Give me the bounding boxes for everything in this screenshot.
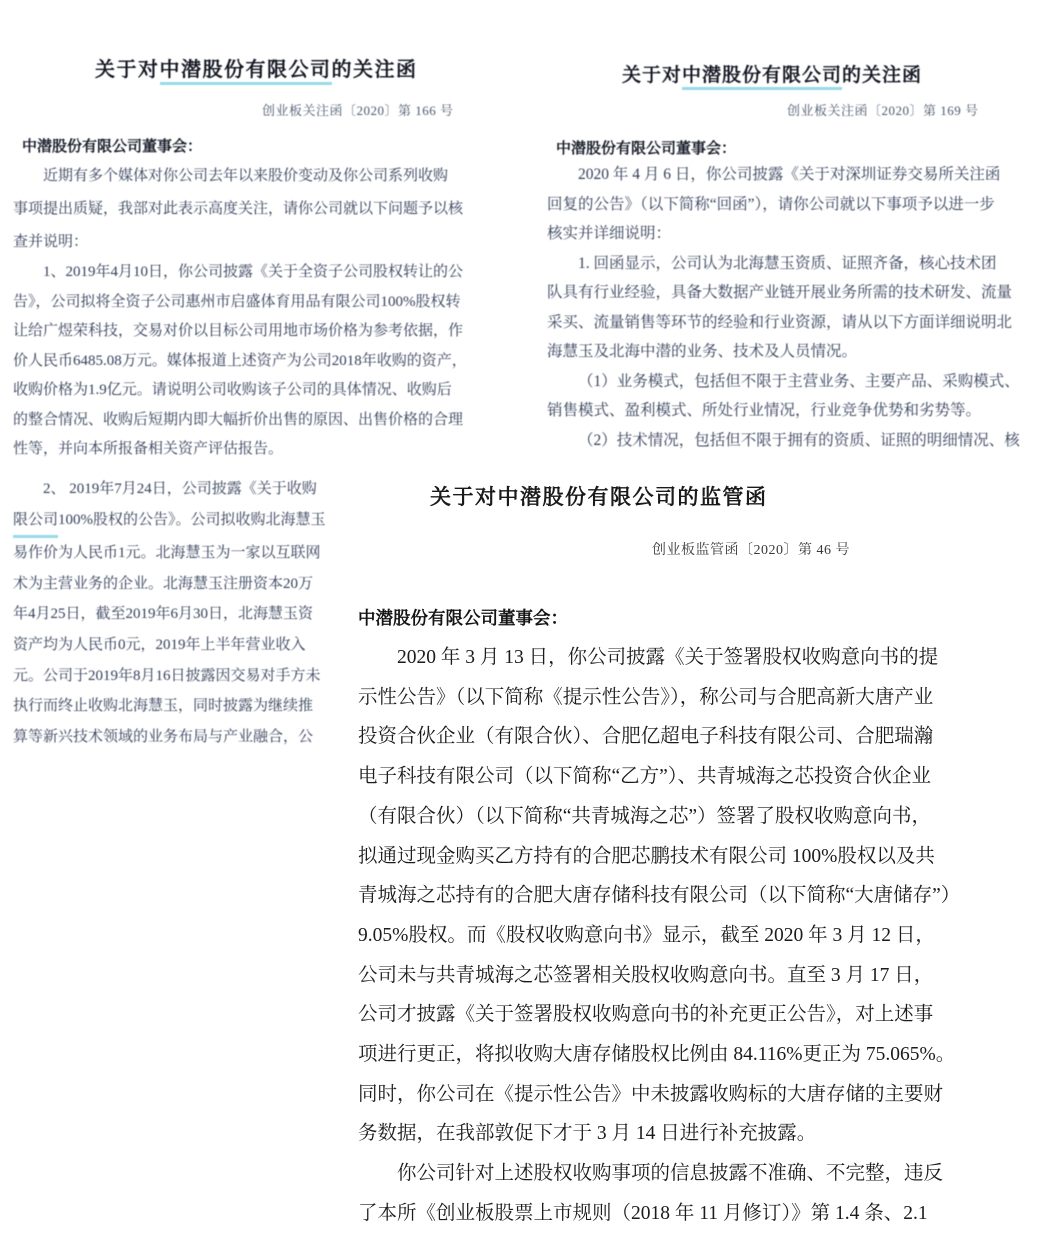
text-line: 年4月25日，截至2019年6月30日，北海慧玉资 (13, 599, 326, 630)
text-line: 2020 年 3 月 13 日，你公司披露《关于签署股权收购意向书的提 (358, 638, 970, 678)
letter-46-title: 关于对中潜股份有限公司的监管函 (430, 481, 768, 511)
text-line: （1）业务模式，包括但不限于主营业务、主要产品、采购模式、 (547, 367, 1020, 397)
text-line: 队具有行业经验，具备大数据产业链开展业务所需的技术研发、流量 (547, 278, 1020, 308)
letter-166-item-2: 2、 2019年7月24日，公司披露《关于收购限公司100%股权的公告》。公司拟… (13, 474, 326, 752)
text-line: 核实并详细说明： (547, 219, 1020, 249)
text-line: 的整合情况、收购后短期内即大幅折价出售的原因、出售价格的合理 (13, 406, 467, 436)
text-line: 回复的公告》（以下简称“回函”），请你公司就以下事项予以进一步 (547, 190, 1020, 220)
text-line: 项进行更正，将拟收购大唐存储股权比例由 84.116%更正为 75.065%。 (358, 1035, 970, 1075)
text-line: 术为主营业务的企业。北海慧玉注册资本20万 (13, 569, 326, 600)
text-line: （2）技术情况，包括但不限于拥有的资质、证照的明细情况、核 (547, 426, 1020, 456)
text-line: 了本所《创业板股票上市规则（2018 年 11 月修订）》第 1.4 条、2.1 (358, 1194, 970, 1234)
text-line: 1. 回函显示，公司认为北海慧玉资质、证照齐备，核心技术团 (547, 249, 1020, 279)
text-line: （有限合伙）（以下简称“共青城海之芯”）签署了股权收购意向书， (358, 797, 970, 837)
title-prefix: 关于对 (622, 65, 682, 86)
text-line: 销售模式、盈利模式、所处行业情况，行业竞争优势和劣势等。 (547, 396, 1020, 426)
text-line: 近期有多个媒体对你公司去年以来股价变动及你公司系列收购 (13, 160, 463, 193)
text-line: 公司才披露《关于签署股权收购意向书的补充更正公告》，对上述事 (358, 995, 970, 1035)
text-line: 采买、流量销售等环节的经验和行业资源，请从以下方面详细说明北 (547, 308, 1020, 338)
letter-169-salutation: 中潜股份有限公司董事会： (556, 137, 736, 158)
company-name-underlined: 中潜股份有限公司 (160, 53, 332, 85)
text-line: 拟通过现金购买乙方持有的合肥芯鹏技术有限公司 100%股权以及共 (358, 837, 970, 877)
letter-46-body: 2020 年 3 月 13 日，你公司披露《关于签署股权收购意向书的提示性公告》… (358, 638, 970, 1234)
text-line: 投资合伙企业（有限合伙）、合肥亿超电子科技有限公司、合肥瑞瀚 (358, 717, 970, 757)
text-line: 你公司针对上述股权收购事项的信息披露不准确、不完整，违反 (358, 1154, 970, 1194)
title-suffix: 的关注函 (332, 59, 418, 81)
text-line: 事项提出质疑，我部对此表示高度关注，请你公司就以下问题予以核 (13, 193, 463, 226)
text-line: 易作价为人民币1元。北海慧玉为一家以互联网 (13, 538, 326, 569)
letter-169-page: 关于对中潜股份有限公司的关注函 创业板关注函〔2020〕第 169 号 中潜股份… (530, 0, 1048, 470)
letter-166-title: 关于对中潜股份有限公司的关注函 (95, 53, 418, 85)
text-line: 算等新兴技术领域的业务布局与产业融合，公 (13, 722, 326, 753)
text-line: 元。公司于2019年8月16日披露因交易对手方未 (13, 661, 326, 692)
text-line: 务数据，在我部敦促下才于 3 月 14 日进行补充披露。 (358, 1114, 970, 1154)
letter-166-salutation: 中潜股份有限公司董事会： (22, 135, 202, 156)
letter-166-item-1: 1、2019年4月10日，你公司披露《关于全资子公司股权转让的公告》，公司拟将全… (13, 258, 467, 465)
text-line: 海慧玉及北海中潜的业务、技术及人员情况。 (547, 337, 1020, 367)
text-line: 查并说明： (13, 226, 463, 259)
underlined-company-fragment: 限公司 (13, 505, 58, 539)
title-suffix: 的关注函 (842, 65, 922, 86)
text-line: 示性公告》（以下简称《提示性公告》），称公司与合肥高新大唐产业 (358, 678, 970, 718)
letter-46-salutation: 中潜股份有限公司董事会： (358, 605, 568, 630)
text-line: 电子科技有限公司（以下简称“乙方”）、共青城海之芯投资合伙企业 (358, 757, 970, 797)
company-name-underlined: 中潜股份有限公司 (682, 60, 842, 90)
text-line: 1、2019年4月10日，你公司披露《关于全资子公司股权转让的公 (13, 258, 467, 288)
text-line: 性等，并向本所报备相关资产评估报告。 (13, 435, 467, 465)
letter-169-doc-number: 创业板关注函〔2020〕第 169 号 (787, 100, 979, 119)
text-line: 同时，你公司在《提示性公告》中未披露收购标的大唐存储的主要财 (358, 1075, 970, 1115)
letter-169-title: 关于对中潜股份有限公司的关注函 (622, 60, 922, 90)
text-line: 2、 2019年7月24日，公司披露《关于收购 (13, 474, 326, 505)
letter-169-body: 2020 年 4 月 6 日，你公司披露《关于对深圳证券交易所关注函回复的公告》… (547, 160, 1020, 455)
text-line: 告》，公司拟将全资子公司惠州市启盛体育用品有限公司100%股权转 (13, 288, 467, 318)
text-line: 价人民币6485.08万元。媒体报道上述资产为公司2018年收购的资产， (13, 347, 467, 377)
letter-46-doc-number: 创业板监管函〔2020〕第 46 号 (652, 539, 850, 559)
text-line: 青城海之芯持有的合肥大唐存储科技有限公司（以下简称“大唐储存”） (358, 876, 970, 916)
text-line: 让给广煜荣科技，交易对价以目标公司用地市场价格为参考依据，作 (13, 317, 467, 347)
text-line: 限公司100%股权的公告》。公司拟收购北海慧玉 (13, 505, 326, 539)
text-line: 9.05%股权。而《股权收购意向书》显示，截至 2020 年 3 月 12 日， (358, 916, 970, 956)
text-line: 执行而终止收购北海慧玉，同时披露为继续推 (13, 691, 326, 722)
text-line: 2020 年 4 月 6 日，你公司披露《关于对深圳证券交易所关注函 (547, 160, 1020, 190)
letter-166-paragraph-1: 近期有多个媒体对你公司去年以来股价变动及你公司系列收购事项提出质疑，我部对此表示… (13, 160, 463, 259)
document-collage: 关于对中潜股份有限公司的关注函 创业板关注函〔2020〕第 166 号 中潜股份… (0, 0, 1048, 1252)
letter-46-page: 关于对中潜股份有限公司的监管函 创业板监管函〔2020〕第 46 号 中潜股份有… (338, 463, 1048, 1252)
text-line: 公司未与共青城海之芯签署相关股权收购意向书。直至 3 月 17 日， (358, 956, 970, 996)
text-line: 收购价格为1.9亿元。请说明公司收购该子公司的具体情况、收购后 (13, 376, 467, 406)
letter-166-doc-number: 创业板关注函〔2020〕第 166 号 (262, 100, 454, 119)
text-line: 资产均为人民币0元，2019年上半年营业收入 (13, 630, 326, 661)
title-prefix: 关于对 (95, 59, 160, 81)
